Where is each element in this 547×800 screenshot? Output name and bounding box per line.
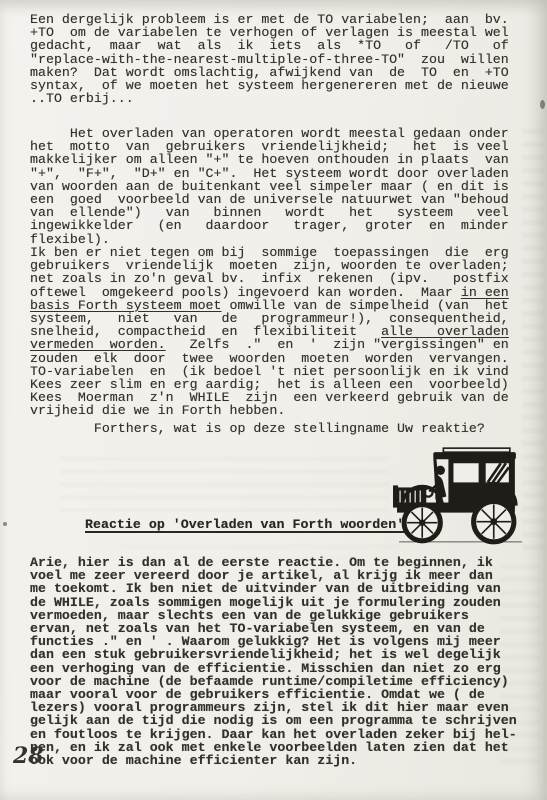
paragraph-reactie-arie: Arie, hier is dan al de eerste reactie. … (30, 556, 517, 767)
paragraph-basis-forth-standpunt: Ik ben er niet tegen om bij sommige toep… (30, 246, 509, 418)
scanned-page: Een dergelijk probleem is er met de TO v… (0, 0, 547, 800)
section-heading-reactie: Reactie op 'Overladen van Forth woorden' (85, 517, 404, 532)
page-number: 28 (13, 743, 44, 769)
vintage-car-illustration (391, 446, 529, 547)
bleed-through-texture (60, 452, 390, 512)
rear-wheel (474, 502, 514, 542)
scan-speck (3, 522, 7, 526)
front-wheel (404, 505, 440, 541)
paragraph-overladen-operatoren: Het overladen van operatoren wordt meest… (30, 127, 509, 246)
vintage-car-svg (391, 446, 529, 547)
question-forthers: Forthers, wat is op deze stellingname Uw… (30, 422, 485, 435)
p3-text-1: Ik ben er niet tegen om bij sommige toep… (30, 245, 509, 300)
scan-speck (540, 100, 545, 109)
paragraph-to-variabelen: Een dergelijk probleem is er met de TO v… (30, 13, 509, 105)
